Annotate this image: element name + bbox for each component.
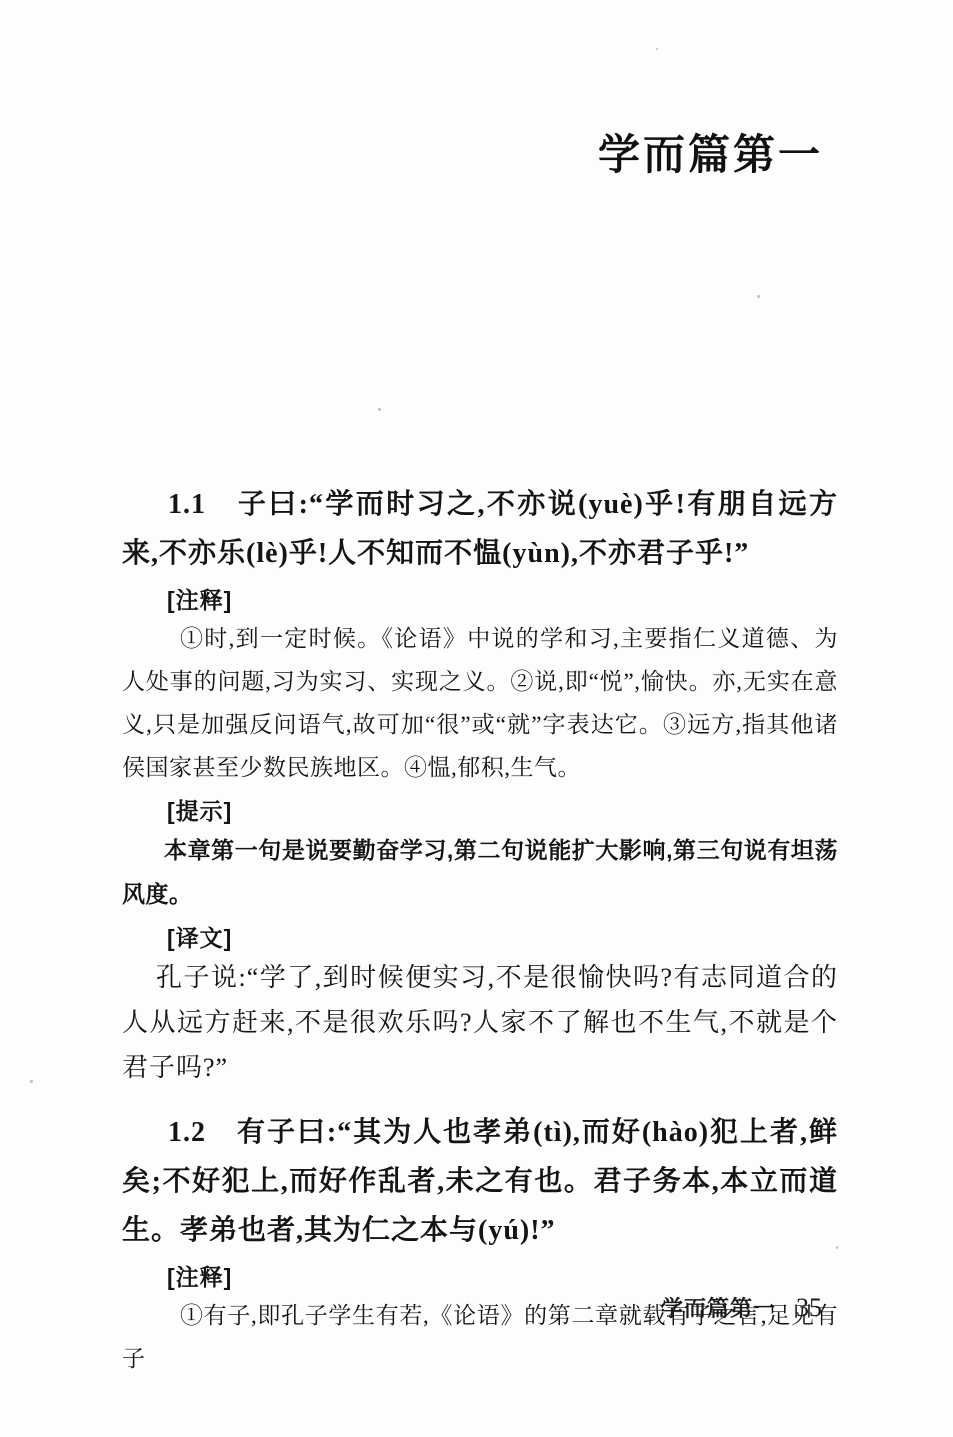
notes-label-1-1: [注释]: [122, 584, 838, 617]
translation-label-1-1: [译文]: [122, 922, 838, 955]
book-page-scan: 学而篇第一 1.1 子曰:“学而时习之,不亦说(yuè)乎!有朋自远方来,不亦乐…: [0, 0, 953, 1437]
passage-1-2: 1.2 有子曰:“其为人也孝弟(tì),而好(hào)犯上者,鲜矣;不好犯上,而…: [122, 1108, 838, 1255]
page-body: 1.1 子曰:“学而时习之,不亦说(yuè)乎!有朋自远方来,不亦乐(lè)乎!…: [122, 480, 838, 1380]
scan-speck: [757, 295, 760, 298]
scan-speck: [30, 1080, 33, 1083]
hint-label-1-1: [提示]: [122, 795, 838, 828]
hint-text-1-1: 本章第一句是说要勤奋学习,第二句说能扩大影响,第三句说有坦荡风度。: [122, 828, 838, 916]
footer-page-number: 35: [796, 1293, 822, 1323]
notes-label-1-2: [注释]: [122, 1261, 838, 1294]
passage-1-1: 1.1 子曰:“学而时习之,不亦说(yuè)乎!有朋自远方来,不亦乐(lè)乎!…: [122, 480, 838, 578]
footer-chapter-name: 学而篇第一: [661, 1292, 776, 1323]
notes-text-1-1: ①时,到一定时候。《论语》中说的学和习,主要指仁义道德、为人处事的问题,习为实习…: [122, 617, 838, 789]
scan-speck: [656, 48, 658, 50]
page-footer: 学而篇第一 35: [661, 1292, 822, 1323]
scan-speck: [836, 1246, 838, 1249]
translation-text-1-1: 孔子说:“学了,到时候便实习,不是很愉快吗?有志同道合的人从远方赶来,不是很欢乐…: [122, 955, 838, 1090]
chapter-title: 学而篇第一: [598, 122, 823, 182]
scan-speck: [378, 408, 381, 411]
